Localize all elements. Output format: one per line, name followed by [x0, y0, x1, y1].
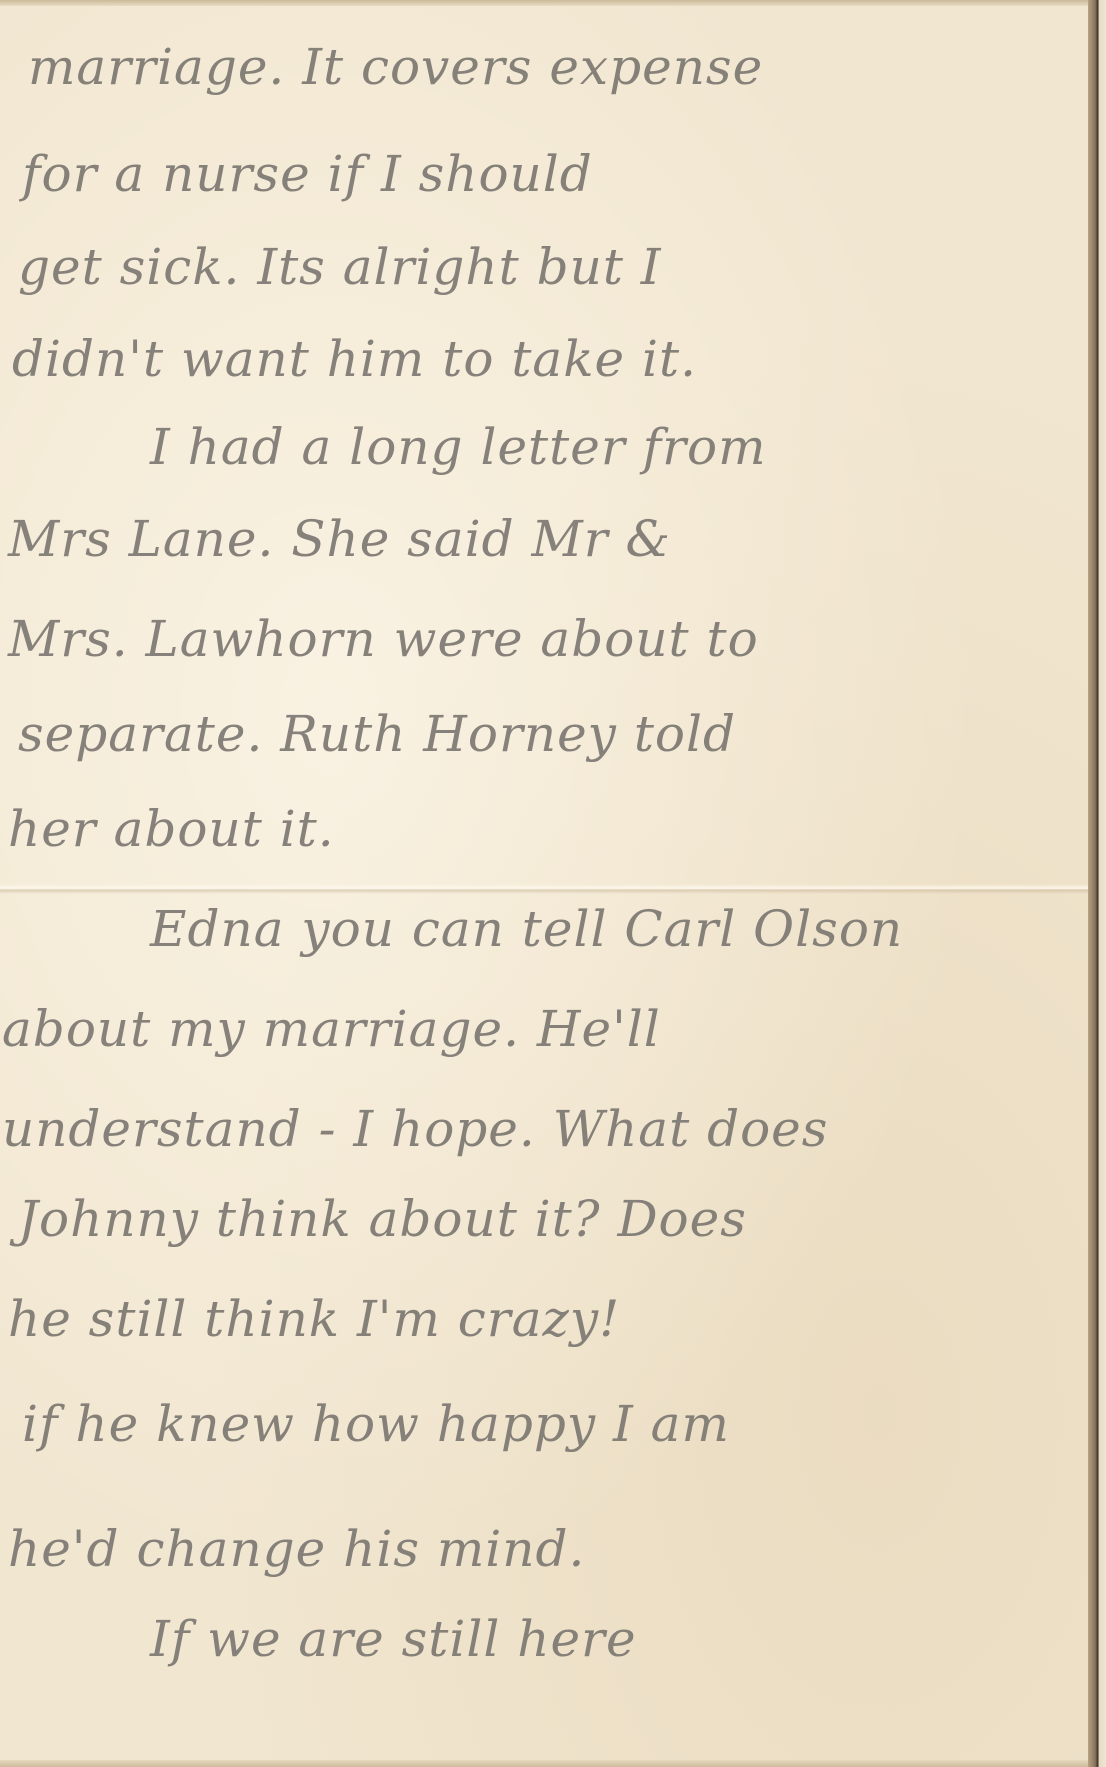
text-line: about my marriage. He'll: [2, 1000, 661, 1058]
text-line: Mrs Lane. She said Mr &: [8, 510, 671, 568]
text-line: Johnny think about it? Does: [18, 1190, 747, 1248]
paper-right-edge: [1088, 0, 1106, 1767]
text-line: Mrs. Lawhorn were about to: [8, 610, 759, 668]
text-line: for a nurse if I should: [22, 145, 593, 203]
text-line: he still think I'm crazy!: [8, 1290, 620, 1348]
text-line: if he knew how happy I am: [22, 1395, 730, 1453]
text-line: I had a long letter from: [150, 418, 767, 476]
text-line: Edna you can tell Carl Olson: [150, 900, 903, 958]
text-line: he'd change his mind.: [8, 1520, 585, 1578]
text-line: her about it.: [8, 800, 335, 858]
text-line: get sick. Its alright but I: [18, 238, 662, 296]
text-line: separate. Ruth Horney told: [18, 705, 736, 763]
letter-page: marriage. It covers expense for a nurse …: [0, 0, 1098, 1767]
text-line: understand - I hope. What does: [2, 1100, 828, 1158]
text-line: didn't want him to take it.: [12, 330, 697, 388]
text-line: marriage. It covers expense: [28, 38, 763, 96]
text-line: If we are still here: [150, 1610, 637, 1668]
handwritten-text: marriage. It covers expense for a nurse …: [0, 0, 1090, 1767]
